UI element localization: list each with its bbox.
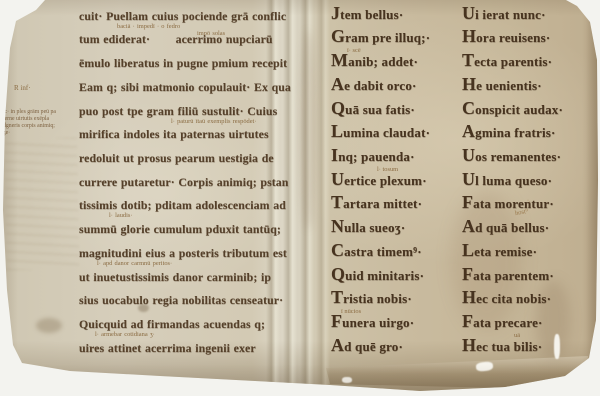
damage-patch <box>476 361 494 372</box>
verse-line: Lumina claudat· <box>331 121 430 142</box>
margin-note-line: terne uirtutis exēpla <box>3 116 79 123</box>
verse-line: Fata parentem· <box>462 264 554 285</box>
verse-line: Uertice plexum· <box>331 169 427 190</box>
verse-line: Quid minitaris· <box>331 264 424 285</box>
verse-line: Tartara mittet· <box>331 192 422 213</box>
manuscript-line: redoluit ut prosus pearum uestigia de <box>79 151 274 166</box>
verse-line: Ad quā bellus· <box>462 216 549 237</box>
verse-line: Agmina fratris· <box>462 121 556 142</box>
verse-line: Tecta parentis· <box>462 50 552 71</box>
verse-line: Ae dabit orco· <box>331 74 417 95</box>
verse-line: Ui ierat nunc· <box>462 3 546 24</box>
right-page-column-2: Ui ierat nunc· Hora reuisens· Tecta pare… <box>462 2 598 358</box>
manuscript-line: mirifica indoles ita paternas uirtutes <box>79 127 269 142</box>
manuscript-line: Eam q; sibi matmonio copulauit· Ex qua <box>79 80 291 95</box>
manuscript-line: magnitudini eius a posteris tributum est <box>79 246 287 261</box>
verse-line: Ul luma queso· <box>462 169 552 190</box>
manuscript-line: currere putaretur· Corpis animiq; pstan <box>79 175 288 190</box>
interlinear-gloss: l· paturū ītaū exemplis respōdet· <box>171 118 256 125</box>
verse-line: Fata precare· <box>462 311 543 332</box>
manuscript-line: ut inuetustissimis danor carminib; ip <box>79 270 271 285</box>
gutter-crease <box>316 0 330 396</box>
verse-line: Quā sua fatis· <box>331 98 415 119</box>
manuscript-line: Quicquid ad firmandas acuendas q; <box>79 317 265 332</box>
margin-mark: ·, <box>527 198 531 204</box>
manuscript-line: tum ediderat· acerrimo nupciarū <box>79 32 273 47</box>
manuscript-line: ēmulo liberatus in pugne pmium recepit <box>79 56 287 71</box>
verse-line: Nulla sueoʒ· <box>331 216 405 237</box>
manuscript-photo: R inf· lc· in ples grām peū pa terne uir… <box>0 0 600 396</box>
verse-line: Gram pre illuq;· <box>331 26 430 47</box>
verse-line: Manib; addet· <box>331 50 418 71</box>
verse-line: Castra timem⁹· <box>331 240 422 261</box>
right-page-column-1: Jtem bellus· Gram pre illuq;· ī· scē Man… <box>331 2 457 358</box>
manuscript-line: uires attinet acerrima ingenii exer <box>79 341 256 356</box>
margin-note-line: ʒe· <box>3 130 79 137</box>
verse-line: Hec cita nobis· <box>462 287 551 308</box>
verse-line: Funera uirgo· <box>331 311 414 332</box>
verse-line: Fata morentur· <box>462 192 554 213</box>
verse-line: He uenientis· <box>462 74 542 95</box>
verse-line: Ad quē gro· <box>331 335 403 356</box>
stain <box>36 318 62 333</box>
verse-line: Inq; pauenda· <box>331 145 415 166</box>
interlinear-gloss: l· apd danor carmnū peritos· <box>97 260 172 267</box>
verse-line: Hora reuisens· <box>462 26 550 47</box>
verse-line: Tristia nobis· <box>331 287 412 308</box>
parchment-bifolium: R inf· lc· in ples grām peū pa terne uir… <box>0 0 600 396</box>
interlinear-gloss: l· armebar cotidiana ʒ· <box>95 331 155 338</box>
interlinear-gloss: l· laudis· <box>109 212 133 219</box>
margin-note-line: dgneris corpis animiq; <box>3 123 79 130</box>
manuscript-line: tissimis dotib; pditam adolescenciam ad <box>79 198 286 213</box>
verse-line: Uos remanentes· <box>462 145 561 166</box>
manuscript-line: sius uocabulo regia nobilitas censeatur· <box>79 293 283 308</box>
manuscript-line: puo post tpe gram filiū sustulit· Cuius <box>79 104 277 119</box>
verse-line: Jtem bellus· <box>331 3 403 24</box>
interlinear-gloss: baciā · impedī · o fedro <box>117 23 180 30</box>
manuscript-line: cuit· Puellam cuius pociende grā conflic <box>79 9 286 24</box>
left-page-text-block: cuit· Puellam cuius pociende grā conflic… <box>79 2 307 358</box>
verse-line: Hec tua bilis· <box>462 335 542 356</box>
damage-patch <box>342 377 352 383</box>
ink-showthrough <box>5 137 79 270</box>
margin-note: lc· in ples grām peū pa terne uirtutis e… <box>3 109 79 137</box>
verse-line: Leta remise· <box>462 240 537 261</box>
manuscript-line: summū glorie cumulum pduxit tantūq; <box>79 222 281 237</box>
bottom-fold <box>322 352 598 392</box>
margin-sign: R inf· <box>14 84 31 92</box>
verse-line: Conspicit audax· <box>462 98 563 119</box>
margin-note-line: lc· in ples grām peū pa <box>3 109 79 116</box>
